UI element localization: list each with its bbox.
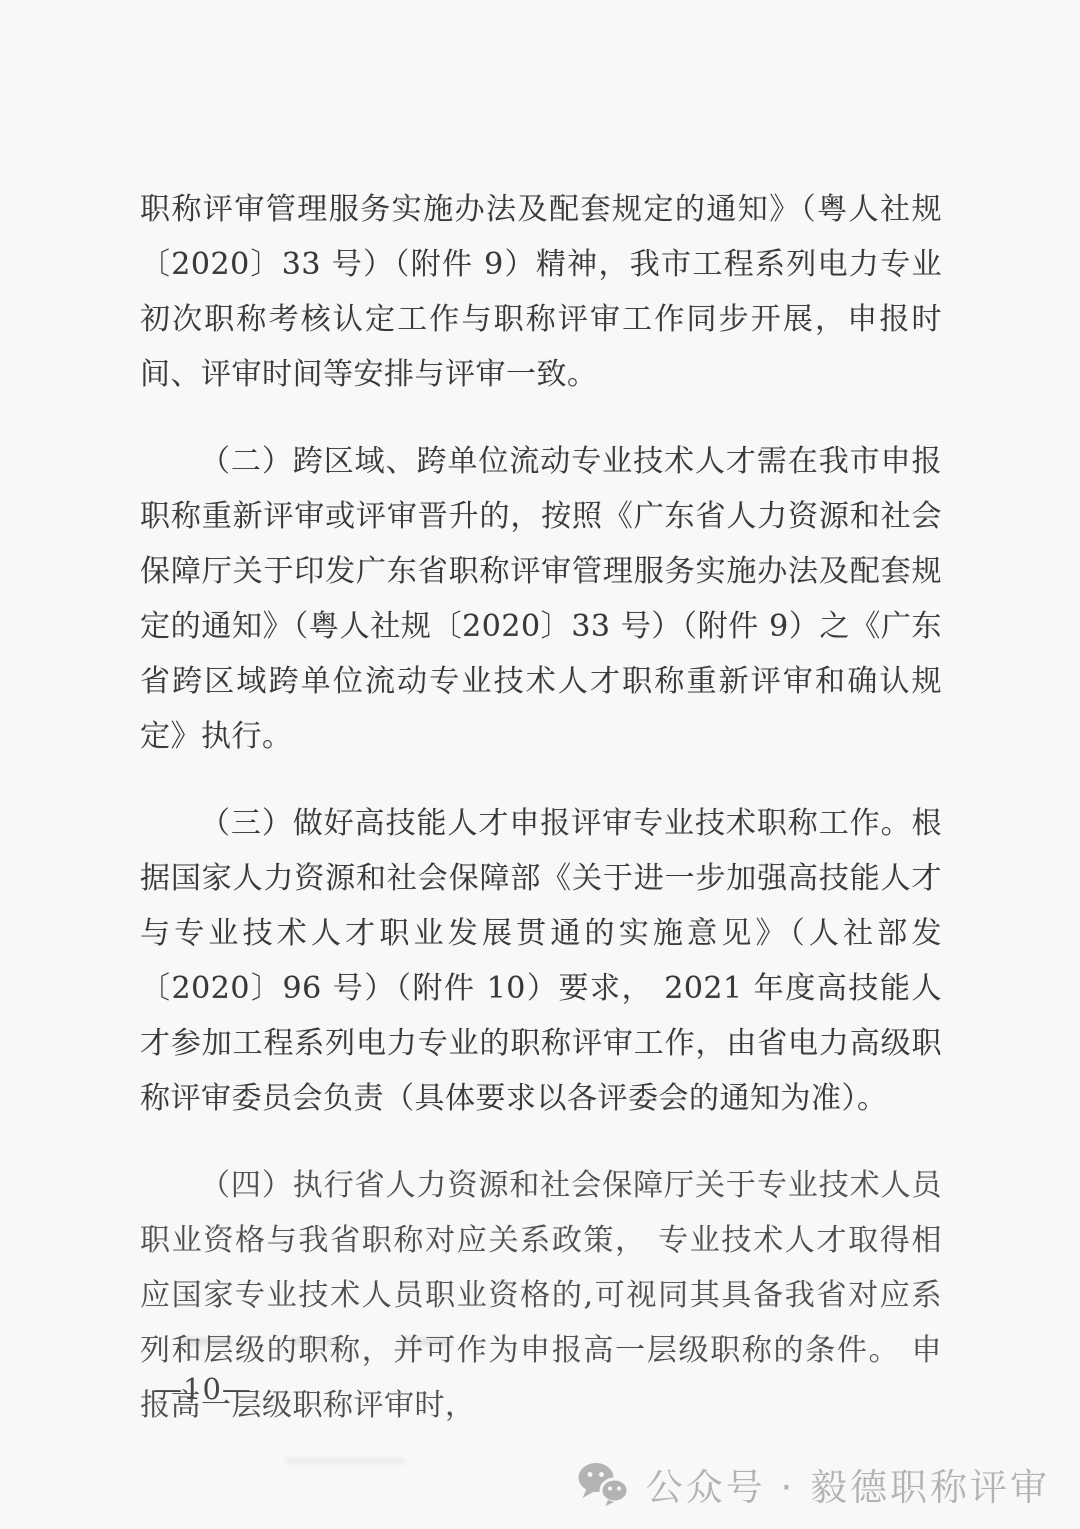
- paragraph-continuation: 职称评审管理服务实施办法及配套规定的通知》（粤人社规〔2020〕33 号）（附件…: [140, 182, 942, 402]
- document-page: 职称评审管理服务实施办法及配套规定的通知》（粤人社规〔2020〕33 号）（附件…: [0, 0, 1080, 1529]
- paragraph-item-3: （三）做好高技能人才申报评审专业技术职称工作。根据国家人力资源和社会保障部《关于…: [140, 796, 942, 1126]
- paragraph-item-4: （四）执行省人力资源和社会保障厅关于专业技术人员职业资格与我省职称对应关系政策，…: [140, 1158, 942, 1433]
- document-body: 职称评审管理服务实施办法及配套规定的通知》（粤人社规〔2020〕33 号）（附件…: [140, 182, 942, 1465]
- wechat-footer: 公众号 · 毅德职称评审: [576, 1457, 1050, 1511]
- footer-account-label: 公众号 · 毅德职称评审: [646, 1457, 1050, 1511]
- paragraph-item-2: （二）跨区域、跨单位流动专业技术人才需在我市申报职称重新评审或评审晋升的，按照《…: [140, 434, 942, 764]
- page-number: —10—: [153, 1372, 252, 1406]
- scan-bleedthrough-mark: [285, 1458, 405, 1464]
- scan-bleedthrough-mark: [180, 1338, 510, 1345]
- wechat-icon: [576, 1461, 630, 1507]
